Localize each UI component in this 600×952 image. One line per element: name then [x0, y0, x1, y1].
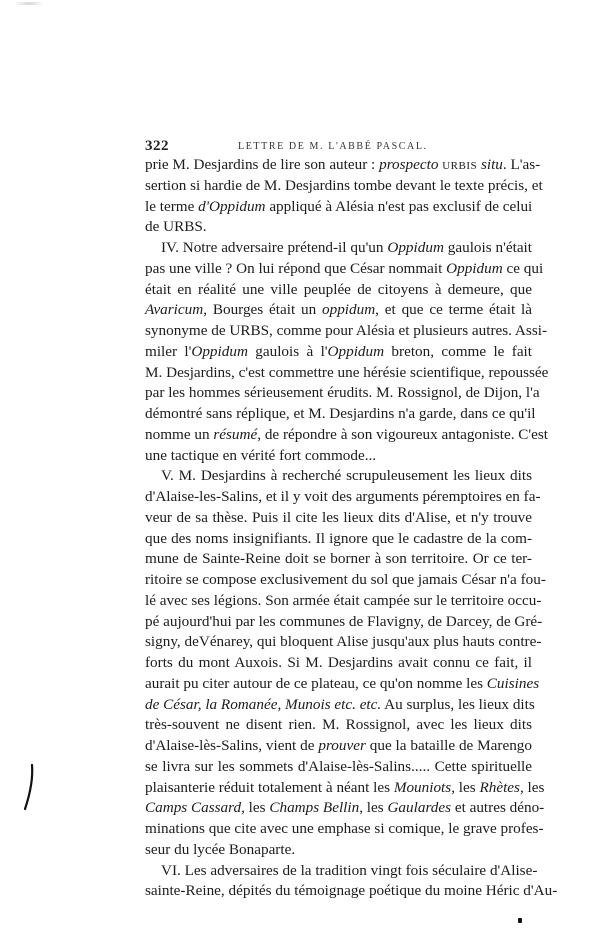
text-line: miler l'Oppidum gaulois à l'Oppidum bret…	[145, 342, 532, 363]
text-line: pé aujourd'hui par les communes de Flavi…	[145, 612, 532, 633]
italic-text: Gaulardes	[387, 799, 451, 816]
text-line: signy, deVénarey, qui bloquent Alise jus…	[145, 632, 532, 653]
text-run: V. M. Desjardins à recherché scrupuleuse…	[161, 467, 532, 484]
text-run: , les	[241, 799, 269, 816]
text-run: nomme un	[145, 426, 213, 443]
text-line: que des noms insignifiants. Il ignore qu…	[145, 529, 532, 550]
text-line: veur de sa thèse. Puis il cite les lieux…	[145, 508, 532, 529]
page-number: 322	[145, 138, 169, 155]
text-run: pé aujourd'hui par les communes de Flavi…	[145, 613, 542, 630]
italic-text: situ	[481, 156, 503, 173]
italic-text: Mouniots	[394, 779, 451, 796]
text-line: d'Alaise-les-Salins, et il y voit des ar…	[145, 487, 532, 508]
text-line: nomme un résumé, de répondre à son vigou…	[145, 425, 532, 446]
text-line: ritoire se compose exclusivement du sol …	[145, 570, 532, 591]
text-run: lé avec ses légions. Son armée était cam…	[145, 592, 541, 609]
italic-text: de César, la Romanée, Munois etc. etc.	[145, 696, 381, 713]
text-line: seur du lycée Bonaparte.	[145, 840, 532, 861]
ink-dot	[518, 918, 522, 923]
paragraph-first-line: V. M. Desjardins à recherché scrupuleuse…	[145, 466, 532, 487]
text-run: M. Desjardins, c'est commettre une hérés…	[145, 364, 548, 381]
text-run: gaulois n'était	[444, 239, 532, 256]
margin-pen-stroke-icon	[22, 763, 36, 813]
text-run: par les hommes sérieusement érudits. M. …	[145, 384, 540, 401]
italic-text: Oppidum	[446, 260, 503, 277]
text-run: que la bataille de Marengo	[366, 737, 532, 754]
text-line: démontré sans réplique, et M. Desjardins…	[145, 404, 532, 425]
text-run: se livra sur les sommets d'Alaise-lès-Sa…	[145, 758, 532, 775]
text-line: une tactique en vérité fort commode...	[145, 446, 532, 467]
text-run: IV. Notre adversaire prétend-il qu'un	[161, 239, 387, 256]
text-line: se livra sur les sommets d'Alaise-lès-Sa…	[145, 757, 532, 778]
italic-text: Cuisines	[487, 675, 539, 692]
text-run: que des noms insignifiants. Il ignore qu…	[145, 530, 532, 547]
text-run: ritoire se compose exclusivement du sol …	[145, 571, 546, 588]
text-run: seur du lycée Bonaparte.	[145, 841, 295, 858]
text-run: breton, comme le fait	[384, 343, 532, 360]
text-run: , les	[451, 779, 479, 796]
text-run: gaulois à l'	[248, 343, 328, 360]
text-line: synonyme de URBS, comme pour Alésia et p…	[145, 321, 532, 342]
text-run: minations que cite avec une emphase si c…	[145, 820, 544, 837]
italic-text: oppidum	[322, 301, 375, 318]
paragraph-first-line: IV. Notre adversaire prétend-il qu'un Op…	[145, 238, 532, 259]
text-run: , de répondre à son vigoureux antagonist…	[257, 426, 548, 443]
text-run: très-souvent ne disent rien. M. Rossigno…	[145, 716, 532, 733]
text-run: sainte-Reine, dépités du témoignage poét…	[145, 882, 557, 899]
text-line: de César, la Romanée, Munois etc. etc. A…	[145, 695, 532, 716]
text-run: d'Alaise-lès-Salins, vient de	[145, 737, 318, 754]
italic-text: Champs Bellin	[269, 799, 359, 816]
text-run: , et que ce terme était là	[375, 301, 532, 318]
text-line: Camps Cassard, les Champs Bellin, les Ga…	[145, 798, 532, 819]
text-line: M. Desjardins, c'est commettre une hérés…	[145, 363, 532, 384]
text-line: mune de Sainte-Reine doit se borner à so…	[145, 549, 532, 570]
text-line: Avaricum, Bourges était un oppidum, et q…	[145, 300, 532, 321]
book-page: 322 LETTRE DE M. L'ABBÉ PASCAL. prie M. …	[0, 0, 600, 952]
text-run: démontré sans réplique, et M. Desjardins…	[145, 405, 536, 422]
paragraph-first-line: VI. Les adversaires de la tradition ving…	[145, 861, 532, 882]
small-caps-text: URBIS	[442, 160, 477, 172]
text-run: le terme	[145, 198, 198, 215]
text-run: miler l'	[145, 343, 191, 360]
running-head: 322 LETTRE DE M. L'ABBÉ PASCAL.	[145, 138, 530, 154]
text-run: Au surplus, les lieux dits	[381, 696, 535, 713]
text-line: sertion si hardie de M. Desjardins tombe…	[145, 176, 532, 197]
text-run: et autres déno-	[451, 799, 544, 816]
text-line: d'Alaise-lès-Salins, vient de prouver qu…	[145, 736, 532, 757]
text-run: pas une ville ? On lui répond que César …	[145, 260, 446, 277]
text-line: par les hommes sérieusement érudits. M. …	[145, 383, 532, 404]
italic-text: Oppidum	[191, 343, 248, 360]
text-line: forts du mont Auxois. Si M. Desjardins a…	[145, 653, 532, 674]
text-line: plaisanterie réduit totalement à néant l…	[145, 778, 532, 799]
text-run: mune de Sainte-Reine doit se borner à so…	[145, 550, 532, 567]
italic-text: résumé	[213, 426, 257, 443]
text-line: sainte-Reine, dépités du témoignage poét…	[145, 881, 532, 902]
text-line: le terme d'Oppidum appliqué à Alésia n'e…	[145, 197, 532, 218]
text-run: synonyme de URBS, comme pour Alésia et p…	[145, 322, 547, 339]
text-run: aurait pu citer autour de ce plateau, ce…	[145, 675, 487, 692]
text-run: veur de sa thèse. Puis il cite les lieux…	[145, 509, 532, 526]
italic-text: prouver	[318, 737, 366, 754]
italic-text: Avaricum	[145, 301, 203, 318]
text-line: minations que cite avec une emphase si c…	[145, 819, 532, 840]
text-line: prie M. Desjardins de lire son auteur : …	[145, 155, 532, 176]
text-line: pas une ville ? On lui répond que César …	[145, 259, 532, 280]
text-line: de URBS.	[145, 217, 532, 238]
text-run: , les	[359, 799, 387, 816]
text-run: signy, deVénarey, qui bloquent Alise jus…	[145, 633, 541, 650]
italic-text: prospecto	[379, 156, 438, 173]
text-run: VI. Les adversaires de la tradition ving…	[161, 862, 537, 879]
text-run: , Bourges était un	[203, 301, 322, 318]
text-run: . L'as-	[503, 156, 540, 173]
italic-text: Oppidum	[387, 239, 444, 256]
text-run: plaisanterie réduit totalement à néant l…	[145, 779, 394, 796]
text-line: était en réalité une ville peuplée de ci…	[145, 280, 532, 301]
text-run: appliqué à Alésia n'est pas exclusif de …	[266, 198, 533, 215]
text-line: lé avec ses légions. Son armée était cam…	[145, 591, 532, 612]
text-run: était en réalité une ville peuplée de ci…	[145, 281, 532, 298]
body-text: prie M. Desjardins de lire son auteur : …	[145, 155, 532, 902]
text-run: de URBS.	[145, 218, 207, 235]
text-run: prie M. Desjardins de lire son auteur :	[145, 156, 379, 173]
text-run: forts du mont Auxois. Si M. Desjardins a…	[145, 654, 532, 671]
text-line: très-souvent ne disent rien. M. Rossigno…	[145, 715, 532, 736]
text-run: , les	[520, 779, 544, 796]
text-line: aurait pu citer autour de ce plateau, ce…	[145, 674, 532, 695]
scan-smudge	[14, 2, 44, 5]
text-run: d'Alaise-les-Salins, et il y voit des ar…	[145, 488, 541, 505]
italic-text: Oppidum	[328, 343, 385, 360]
italic-text: Camps Cassard	[145, 799, 241, 816]
text-run: une tactique en vérité fort commode...	[145, 447, 376, 464]
text-run: ce qui	[503, 260, 543, 277]
running-title: LETTRE DE M. L'ABBÉ PASCAL.	[238, 141, 428, 152]
italic-text: Rhètes	[479, 779, 519, 796]
italic-text: d'Oppidum	[198, 198, 265, 215]
text-run: sertion si hardie de M. Desjardins tombe…	[145, 177, 543, 194]
